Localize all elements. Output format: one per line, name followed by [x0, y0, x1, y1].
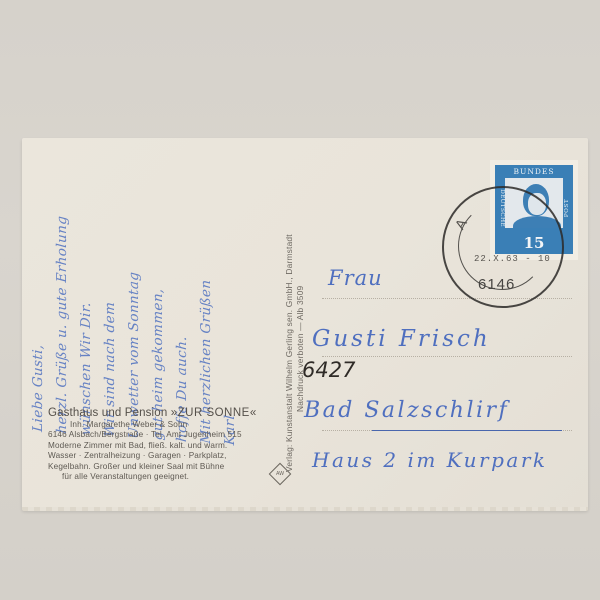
publisher-line-2: Nachdruck verboten — Alb 3509 [295, 152, 306, 472]
publisher-imprint: Verlag: Kunstanstalt Wilhelm Gerling sen… [284, 152, 334, 472]
imprint-owner: Inh. Margarethe Weber & Sohn [48, 420, 288, 430]
address-city: Bad Salzschlirf [304, 398, 509, 423]
ink-underline [372, 430, 562, 431]
postmark: A 22.X.63 - 10 6146 [442, 186, 564, 308]
message-line: Unwetter vom Sonntag [122, 158, 146, 440]
address-line [322, 356, 572, 357]
stamp-top-text: BUNDES [495, 167, 573, 176]
guesthouse-imprint: Gasthaus und Pension »ZUR SONNE« Inh. Ma… [48, 406, 288, 482]
imprint-title: Gasthaus und Pension »ZUR SONNE« [48, 406, 288, 420]
message-line: gut heim gekommen, [146, 159, 170, 441]
address-salutation: Frau [328, 266, 383, 290]
postcard: Liebe Gusti, herzl. Grüße u. gute Erholu… [22, 138, 588, 510]
message-line: wünschen Wir Dir. [74, 154, 98, 436]
message-line: Liebe Gusti, [26, 151, 50, 433]
handwritten-message: Liebe Gusti, herzl. Grüße u. gute Erholu… [26, 146, 276, 446]
imprint-line: Kegelbahn. Großer und kleiner Saal mit B… [48, 462, 288, 472]
postmark-date: 22.X.63 - 10 [474, 254, 551, 264]
stamp-right-text: POST [564, 192, 570, 224]
imprint-last-line: für alle Veranstaltungen geeignet. [48, 472, 288, 482]
imprint-line: Wasser · Zentralheizung · Garagen · Park… [48, 451, 288, 461]
message-line: herzl. Grüße u. gute Erholung [50, 153, 74, 435]
address-name: Gusti Frisch [312, 326, 491, 352]
address-postcode: 6427 [302, 358, 355, 382]
imprint-address: 6146 Alsbach/Bergstraße · Tel. Amt Jugen… [48, 430, 288, 440]
message-line: Mit herzlichen Grüßen [194, 163, 218, 445]
imprint-line: Moderne Zimmer mit Bad, fließ. kalt. und… [48, 441, 288, 451]
message-line: Wir sind nach dem [98, 156, 122, 438]
address-street: Haus 2 im Kurpark [312, 448, 548, 472]
postmark-zip: 6146 [478, 276, 515, 293]
message-line: Karl [218, 164, 242, 446]
message-line: hoffe Du auch. [170, 161, 194, 443]
